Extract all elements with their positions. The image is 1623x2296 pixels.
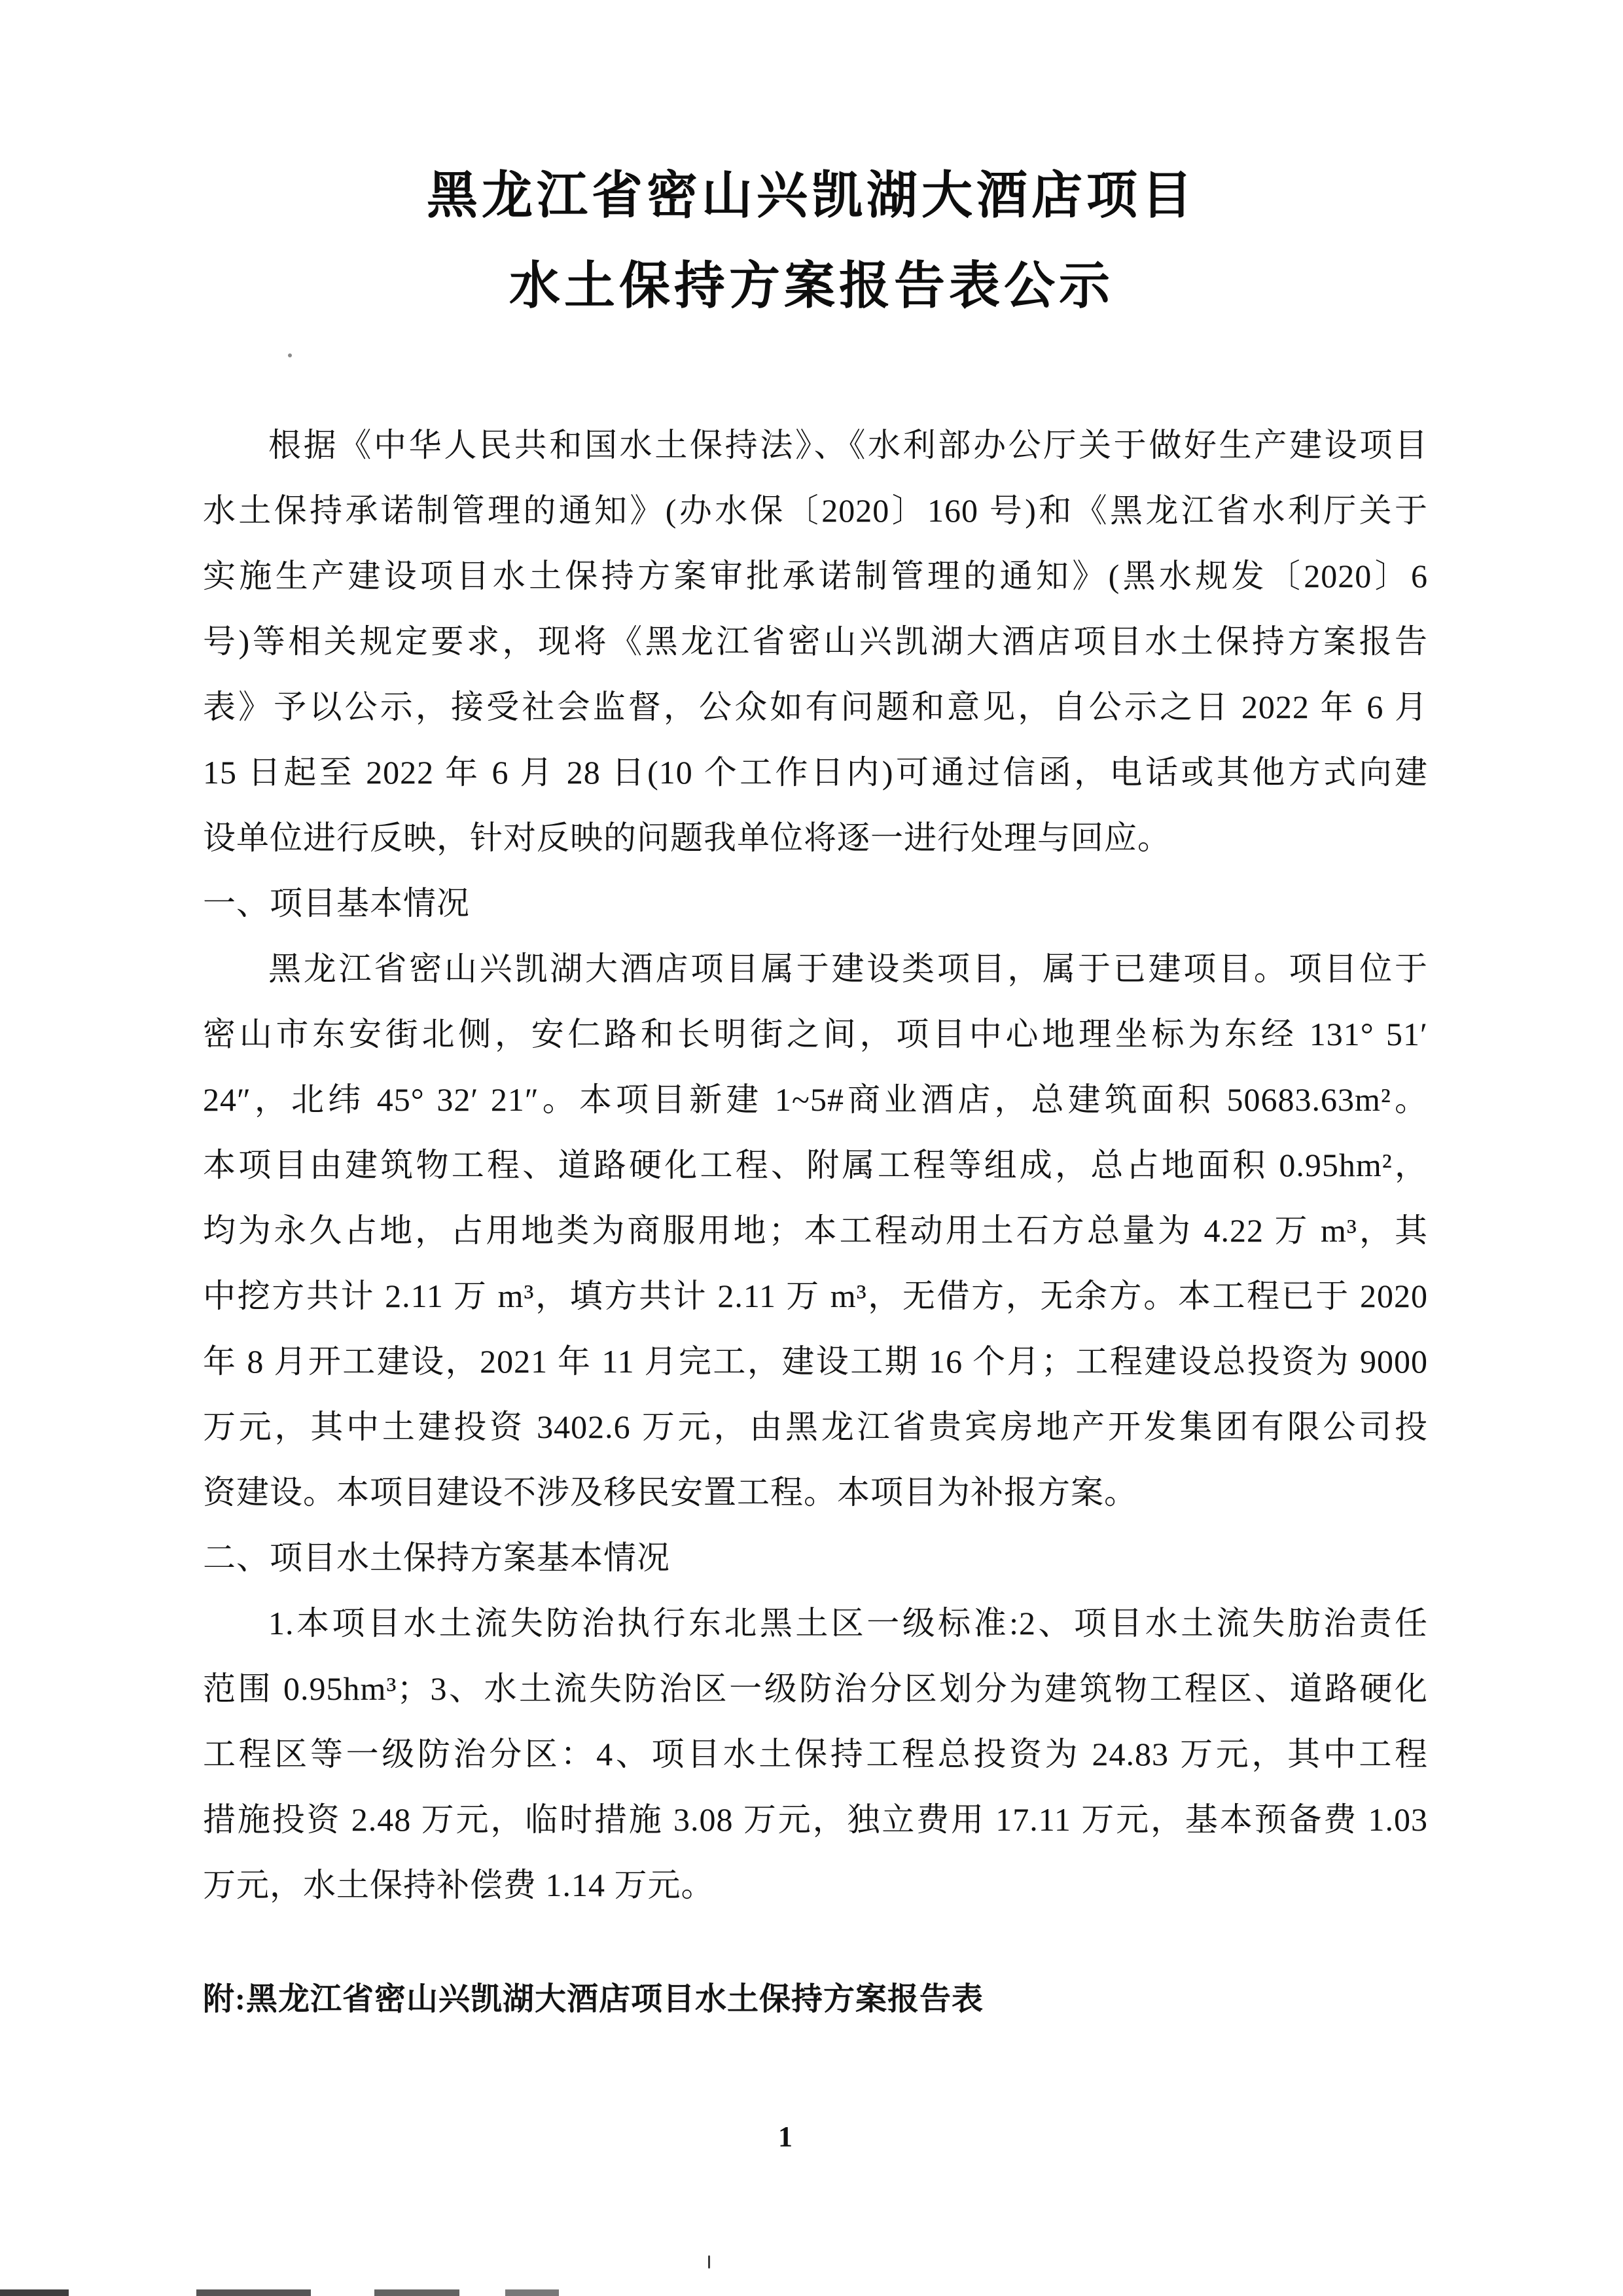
attachment-note: 附:黑龙江省密山兴凯湖大酒店项目水土保持方案报告表 — [203, 1967, 1428, 2032]
body-line: 根据《中华人民共和国水土保持法》、《水利部办公厅关于做好生产建设项目 — [203, 412, 1428, 478]
body-line: 措施投资 2.48 万元，临时措施 3.08 万元，独立费用 17.11 万元，… — [203, 1787, 1428, 1852]
body-line: 二、项目水土保持方案基本情况 — [203, 1525, 1428, 1590]
body-line: 设单位进行反映，针对反映的问题我单位将逐一进行处理与回应。 — [203, 805, 1428, 870]
body-line: 表》予以公示，接受社会监督，公众如有问题和意见，自公示之日 2022 年 6 月 — [203, 674, 1428, 740]
body-line: 万元，水土保持补偿费 1.14 万元。 — [203, 1852, 1428, 1918]
document-page: 黑龙江省密山兴凯湖大酒店项目 水土保持方案报告表公示 根据《中华人民共和国水土保… — [0, 0, 1623, 2296]
body-line: 均为永久占地，占用地类为商服用地；本工程动用土石方总量为 4.22 万 m³，其 — [203, 1198, 1428, 1263]
page-number: 1 — [759, 2117, 811, 2157]
scan-tick-artifact — [708, 2255, 710, 2269]
scan-smudge-artifact — [374, 2289, 459, 2296]
body-line: 水土保持承诺制管理的通知》(办水保〔2020〕160 号)和《黑龙江省水利厅关于 — [203, 478, 1428, 543]
body-lines: 根据《中华人民共和国水土保持法》、《水利部办公厅关于做好生产建设项目水土保持承诺… — [203, 412, 1428, 1918]
body-line: 15 日起至 2022 年 6 月 28 日(10 个工作日内)可通过信函，电话… — [203, 740, 1428, 805]
scan-smudge-artifact — [0, 2289, 69, 2296]
body-line: 范围 0.95hm³；3、水土流失防治区一级防治分区划分为建筑物工程区、道路硬化 — [203, 1656, 1428, 1721]
body-line: 万元，其中土建投资 3402.6 万元，由黑龙江省贵宾房地产开发集团有限公司投 — [203, 1394, 1428, 1460]
body-line: 黑龙江省密山兴凯湖大酒店项目属于建设类项目，属于已建项目。项目位于 — [203, 936, 1428, 1001]
body-line: 年 8 月开工建设，2021 年 11 月完工，建设工期 16 个月；工程建设总… — [203, 1329, 1428, 1394]
page-title-line-1: 黑龙江省密山兴凯湖大酒店项目 — [0, 156, 1623, 234]
body-line: 1.本项目水土流失防治执行东北黑土区一级标准:2、项目水土流失肪治责任 — [203, 1590, 1428, 1656]
body-line: 号)等相关规定要求，现将《黑龙江省密山兴凯湖大酒店项目水土保持方案报告 — [203, 609, 1428, 674]
scan-dot-artifact — [288, 353, 292, 357]
body-line: 工程区等一级防治分区：4、项目水土保持工程总投资为 24.83 万元，其中工程 — [203, 1721, 1428, 1787]
scan-smudge-artifact — [505, 2289, 559, 2296]
scan-smudge-artifact — [196, 2289, 311, 2296]
body-line: 24″，北纬 45° 32′ 21″。本项目新建 1~5#商业酒店，总建筑面积 … — [203, 1067, 1428, 1132]
body-line: 中挖方共计 2.11 万 m³，填方共计 2.11 万 m³，无借方，无余方。本… — [203, 1263, 1428, 1329]
body-line: 本项目由建筑物工程、道路硬化工程、附属工程等组成，总占地面积 0.95hm²， — [203, 1132, 1428, 1198]
page-title-line-2: 水土保持方案报告表公示 — [0, 246, 1623, 325]
body-line: 实施生产建设项目水土保持方案审批承诺制管理的通知》(黑水规发〔2020〕6 — [203, 543, 1428, 609]
body-line: 资建设。本项目建设不涉及移民安置工程。本项目为补报方案。 — [203, 1460, 1428, 1525]
body-line: 一、项目基本情况 — [203, 870, 1428, 936]
body-line: 密山市东安街北侧，安仁路和长明街之间，项目中心地理坐标为东经 131° 51′ — [203, 1001, 1428, 1067]
